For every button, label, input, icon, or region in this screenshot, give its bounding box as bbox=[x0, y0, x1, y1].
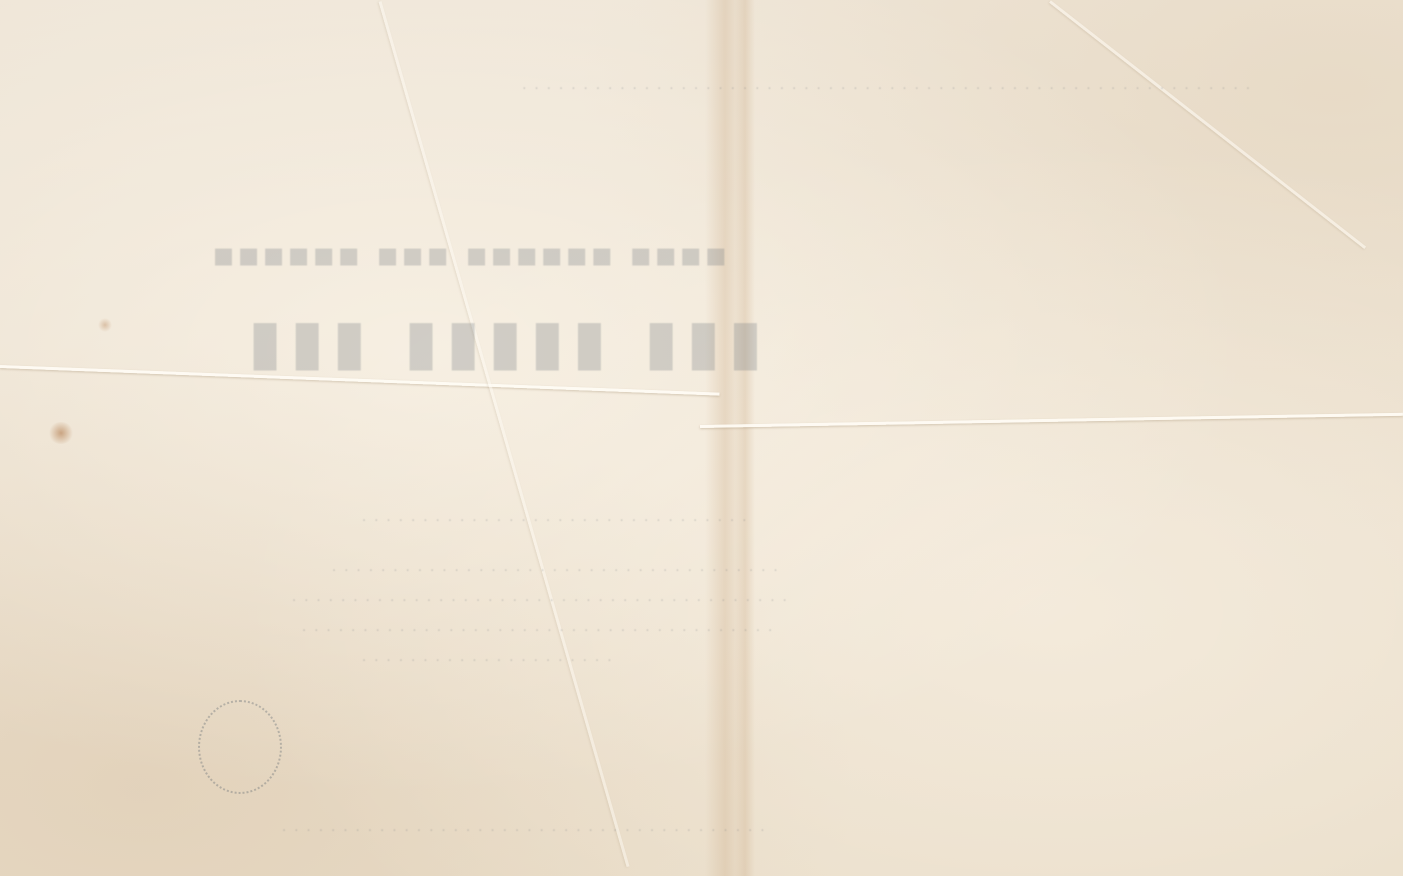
ink-bleed-line: ▮▮▮ ▮▮▮▮▮ ▮▮▮ bbox=[240, 305, 762, 378]
ink-bleed-line: . . . . . . . . . . . . . . . . . . . . … bbox=[360, 650, 611, 665]
crease bbox=[700, 413, 1403, 428]
vertical-fold bbox=[735, 0, 755, 876]
rust-stain bbox=[48, 422, 74, 444]
ink-bleed-line: . . . . . . . . . . . . . . . . . . . . … bbox=[300, 620, 772, 635]
ink-bleed-line: . . . . . . . . . . . . . . . . . . . . … bbox=[280, 820, 764, 835]
ink-bleed-line: ▪▪▪▪ ▪▪▪▪▪▪ ▪▪▪ ▪▪▪▪▪▪ bbox=[210, 235, 727, 275]
rust-stain bbox=[98, 318, 112, 332]
ink-bleed-line: . . . . . . . . . . . . . . . . . . . . … bbox=[150, 78, 1250, 93]
faded-stamp bbox=[198, 700, 282, 794]
ink-bleed-line: . . . . . . . . . . . . . . . . . . . . … bbox=[290, 590, 787, 605]
crease bbox=[379, 1, 630, 867]
ink-bleed-line: . . . . . . . . . . . . . . . . . . . . … bbox=[330, 560, 778, 575]
crease bbox=[1049, 0, 1366, 249]
ink-bleed-line: . . . . . . . . . . . . . . . . . . . . … bbox=[360, 510, 746, 525]
banknote-reverse: . . . . . . . . . . . . . . . . . . . . … bbox=[0, 0, 1403, 876]
